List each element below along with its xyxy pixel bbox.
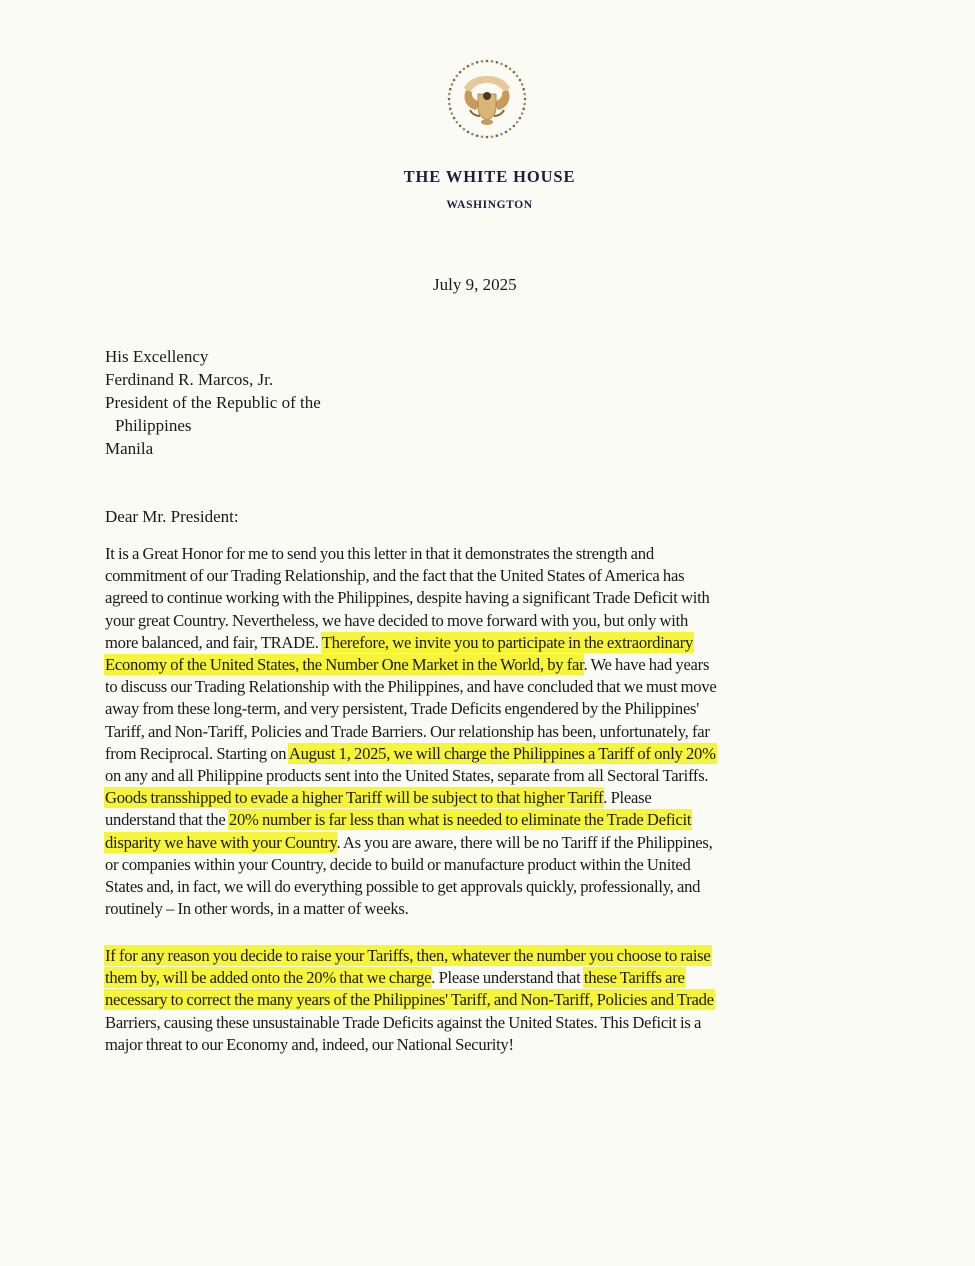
body-paragraph-2: If for any reason you decide to raise yo… <box>105 945 885 1056</box>
text-line: States and, in fact, we will do everythi… <box>105 876 885 898</box>
address-line: Philippines <box>105 414 321 437</box>
text-segment: Tariff, and Non-Tariff, Policies and Tra… <box>105 722 710 741</box>
text-segment: Barriers, causing these unsustainable Tr… <box>105 1013 701 1032</box>
text-line: major threat to our Economy and, indeed,… <box>105 1034 885 1056</box>
highlighted-text: 20% number is far less than what is need… <box>229 810 691 829</box>
presidential-seal-icon <box>446 58 528 140</box>
text-segment: or companies within your Country, decide… <box>105 855 691 874</box>
text-line: from Reciprocal. Starting on August 1, 2… <box>105 743 885 765</box>
text-line: more balanced, and fair, TRADE. Therefor… <box>105 632 885 654</box>
text-line: Barriers, causing these unsustainable Tr… <box>105 1012 885 1034</box>
text-segment: . Please understand that <box>431 968 584 987</box>
letterhead-title: THE WHITE HOUSE <box>0 167 975 187</box>
text-segment: on any and all Philippine products sent … <box>105 766 708 785</box>
text-line: on any and all Philippine products sent … <box>105 765 885 787</box>
text-line: If for any reason you decide to raise yo… <box>105 945 885 967</box>
text-segment: . Please <box>603 788 651 807</box>
text-segment: . We have had years <box>583 655 709 674</box>
text-line: routinely – In other words, in a matter … <box>105 898 885 920</box>
text-line: It is a Great Honor for me to send you t… <box>105 543 885 565</box>
highlighted-text: If for any reason you decide to raise yo… <box>105 946 711 965</box>
text-line: your great Country. Nevertheless, we hav… <box>105 610 885 632</box>
text-line: Tariff, and Non-Tariff, Policies and Tra… <box>105 721 885 743</box>
address-line: Manila <box>105 437 321 460</box>
highlighted-text: Goods transshipped to evade a higher Tar… <box>105 788 603 807</box>
text-line: agreed to continue working with the Phil… <box>105 587 885 609</box>
text-segment: commitment of our Trading Relationship, … <box>105 566 684 585</box>
highlighted-text: Economy of the United States, the Number… <box>105 655 583 674</box>
text-line: Economy of the United States, the Number… <box>105 654 885 676</box>
text-line: understand that the 20% number is far le… <box>105 809 885 831</box>
text-line: commitment of our Trading Relationship, … <box>105 565 885 587</box>
text-segment: away from these long-term, and very pers… <box>105 699 699 718</box>
address-line: His Excellency <box>105 345 321 368</box>
text-line: disparity we have with your Country. As … <box>105 832 885 854</box>
text-segment: from Reciprocal. Starting on <box>105 744 289 763</box>
text-segment: your great Country. Nevertheless, we hav… <box>105 611 688 630</box>
address-line: Ferdinand R. Marcos, Jr. <box>105 368 321 391</box>
highlighted-text: Therefore, we invite you to participate … <box>322 633 693 652</box>
highlighted-text: necessary to correct the many years of t… <box>105 990 714 1009</box>
highlighted-text: them by, will be added onto the 20% that… <box>105 968 431 987</box>
text-segment: understand that the <box>105 810 229 829</box>
text-segment: It is a Great Honor for me to send you t… <box>105 544 654 563</box>
text-segment: major threat to our Economy and, indeed,… <box>105 1035 514 1054</box>
text-segment: States and, in fact, we will do everythi… <box>105 877 700 896</box>
address-line: President of the Republic of the <box>105 391 321 414</box>
body-paragraph-1: It is a Great Honor for me to send you t… <box>105 543 885 920</box>
text-segment: routinely – In other words, in a matter … <box>105 899 409 918</box>
text-line: or companies within your Country, decide… <box>105 854 885 876</box>
text-line: necessary to correct the many years of t… <box>105 989 885 1011</box>
letterhead-subtitle: WASHINGTON <box>0 199 975 211</box>
recipient-address: His Excellency Ferdinand R. Marcos, Jr. … <box>105 345 321 460</box>
highlighted-text: these Tariffs are <box>584 968 685 987</box>
letter-date: July 9, 2025 <box>433 275 517 295</box>
text-segment: . As you are aware, there will be no Tar… <box>336 833 712 852</box>
text-segment: more balanced, and fair, TRADE. <box>105 633 322 652</box>
highlighted-text: disparity we have with your Country <box>105 833 336 852</box>
text-segment: agreed to continue working with the Phil… <box>105 588 710 607</box>
text-line: away from these long-term, and very pers… <box>105 698 885 720</box>
text-line: Goods transshipped to evade a higher Tar… <box>105 787 885 809</box>
text-segment: to discuss our Trading Relationship with… <box>105 677 717 696</box>
text-line: to discuss our Trading Relationship with… <box>105 676 885 698</box>
highlighted-text: August 1, 2025, we will charge the Phili… <box>289 744 716 763</box>
salutation: Dear Mr. President: <box>105 507 239 527</box>
text-line: them by, will be added onto the 20% that… <box>105 967 885 989</box>
